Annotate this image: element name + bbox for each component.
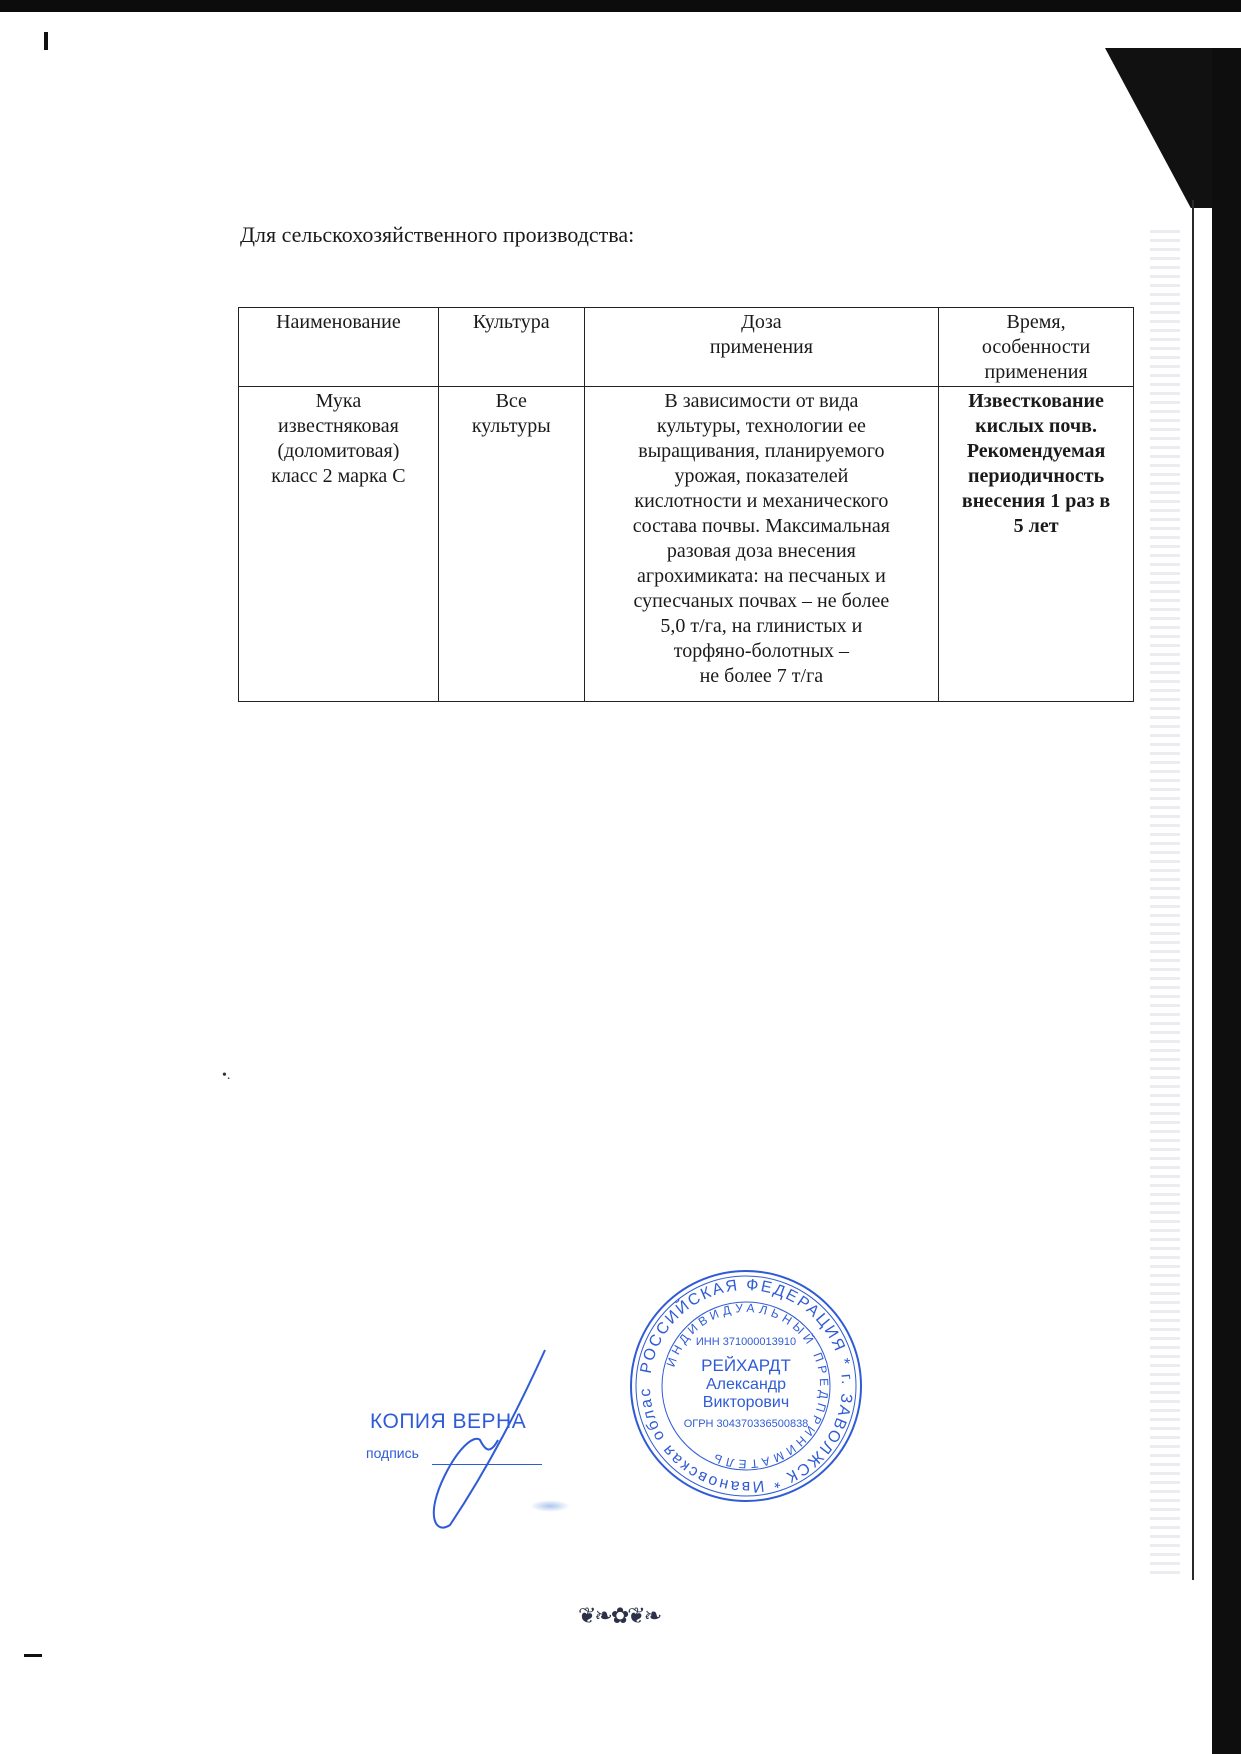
cell-name: Мука известняковая (доломитовая) класс 2… [239,387,439,702]
cell-timing: Известкование кислых почв. Рекомендуемая… [939,387,1134,702]
stamp-inn: ИНН 371000013910 [628,1336,864,1348]
table-row: Мука известняковая (доломитовая) класс 2… [239,387,1134,702]
cell-crop: Все культуры [438,387,584,702]
cell-dose: В зависимости от вида культуры, технолог… [584,387,938,702]
header-crop: Культура [438,308,584,387]
header-dose: Доза применения [584,308,938,387]
agrochemical-table: Наименование Культура Доза применения Вр… [238,307,1134,702]
ink-smudge [530,1500,570,1512]
signature-label: подпись [366,1445,419,1461]
scan-left-mark [44,32,48,50]
official-stamp: РОССИЙСКАЯ ФЕДЕРАЦИЯ * г. ЗАВОЛЖСК * Ива… [628,1268,864,1504]
scan-noise-band [1150,230,1180,1580]
scan-edge-line [1192,200,1194,1580]
scan-right-border [1212,48,1241,1754]
stamp-name-surname: РЕЙХАРДТ [628,1356,864,1376]
stamp-name-patronymic: Викторович [628,1394,864,1412]
header-name: Наименование [239,308,439,387]
scan-bottom-mark [24,1654,42,1657]
scan-folded-corner [1105,48,1215,208]
stamp-name-first: Александр [628,1376,864,1394]
scan-dots: •. [222,1068,230,1084]
stamp-ogrn: ОГРН 304370336500838 [628,1418,864,1430]
table-header-row: Наименование Культура Доза применения Вр… [239,308,1134,387]
header-timing: Время, особенности применения [939,308,1134,387]
scan-top-border [0,0,1241,12]
page-ornament-icon: ❦❧✿❦❧ [578,1603,660,1629]
intro-text: Для сельскохозяйственного производства: [240,222,634,248]
